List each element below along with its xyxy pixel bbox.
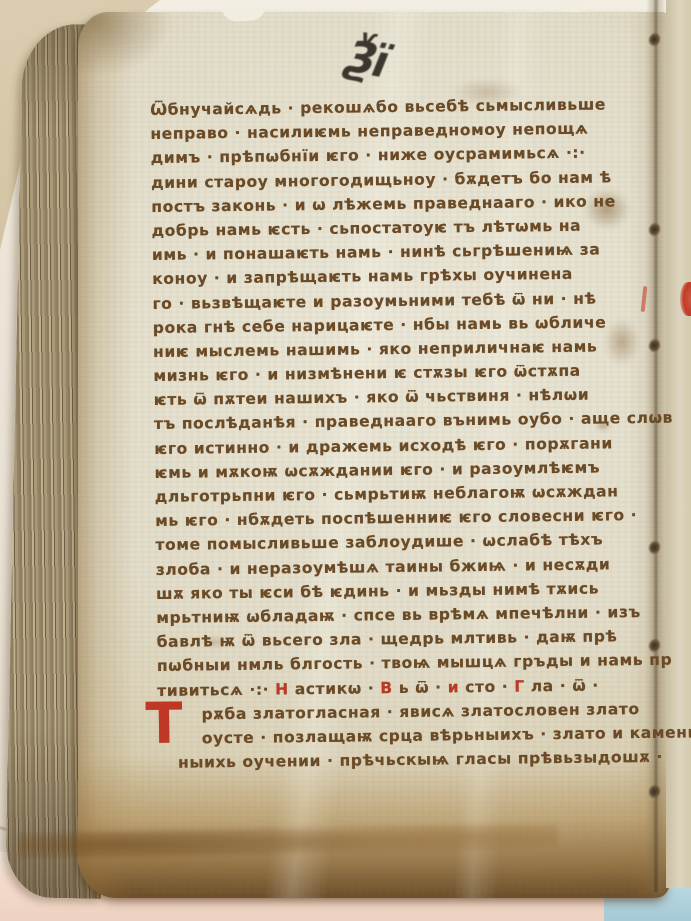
drop-cap-lines: рѫба златогласная · явисѧ златословен зл… <box>157 697 658 751</box>
text-block: Ѿбнучайсѧдь · рекошѧбо вьсебѣ сьмысливьш… <box>150 92 658 775</box>
rubric-heading-segment: Г <box>514 677 525 695</box>
rubric-heading-segment: и <box>448 678 460 696</box>
sewing-stitch <box>646 782 663 801</box>
facing-page-edge <box>666 0 691 888</box>
manuscript-photo: Ѯї Ѿбнучайсѧдь · рекошѧбо вьсебѣ сьмысли… <box>0 0 691 921</box>
text-lines: Ѿбнучайсѧдь · рекошѧбо вьсебѣ сьмысливьш… <box>150 92 657 679</box>
rubricated-initial: Т <box>145 698 183 750</box>
rubric-heading-segment: сто · <box>465 677 514 696</box>
parchment-edge-notch <box>556 1 586 12</box>
sewing-stitch <box>646 30 663 49</box>
rubric-heading-segment: астикѡ · <box>295 679 381 698</box>
rubric-heading-segment: ла · ѿ · <box>531 676 599 695</box>
facing-page-red-initial-fragment <box>680 282 691 316</box>
rubric-heading-segment: Н <box>275 680 289 698</box>
rubric-heading-segment: ь ѿ · <box>399 678 448 697</box>
rubric-heading-segment: В <box>380 679 393 697</box>
